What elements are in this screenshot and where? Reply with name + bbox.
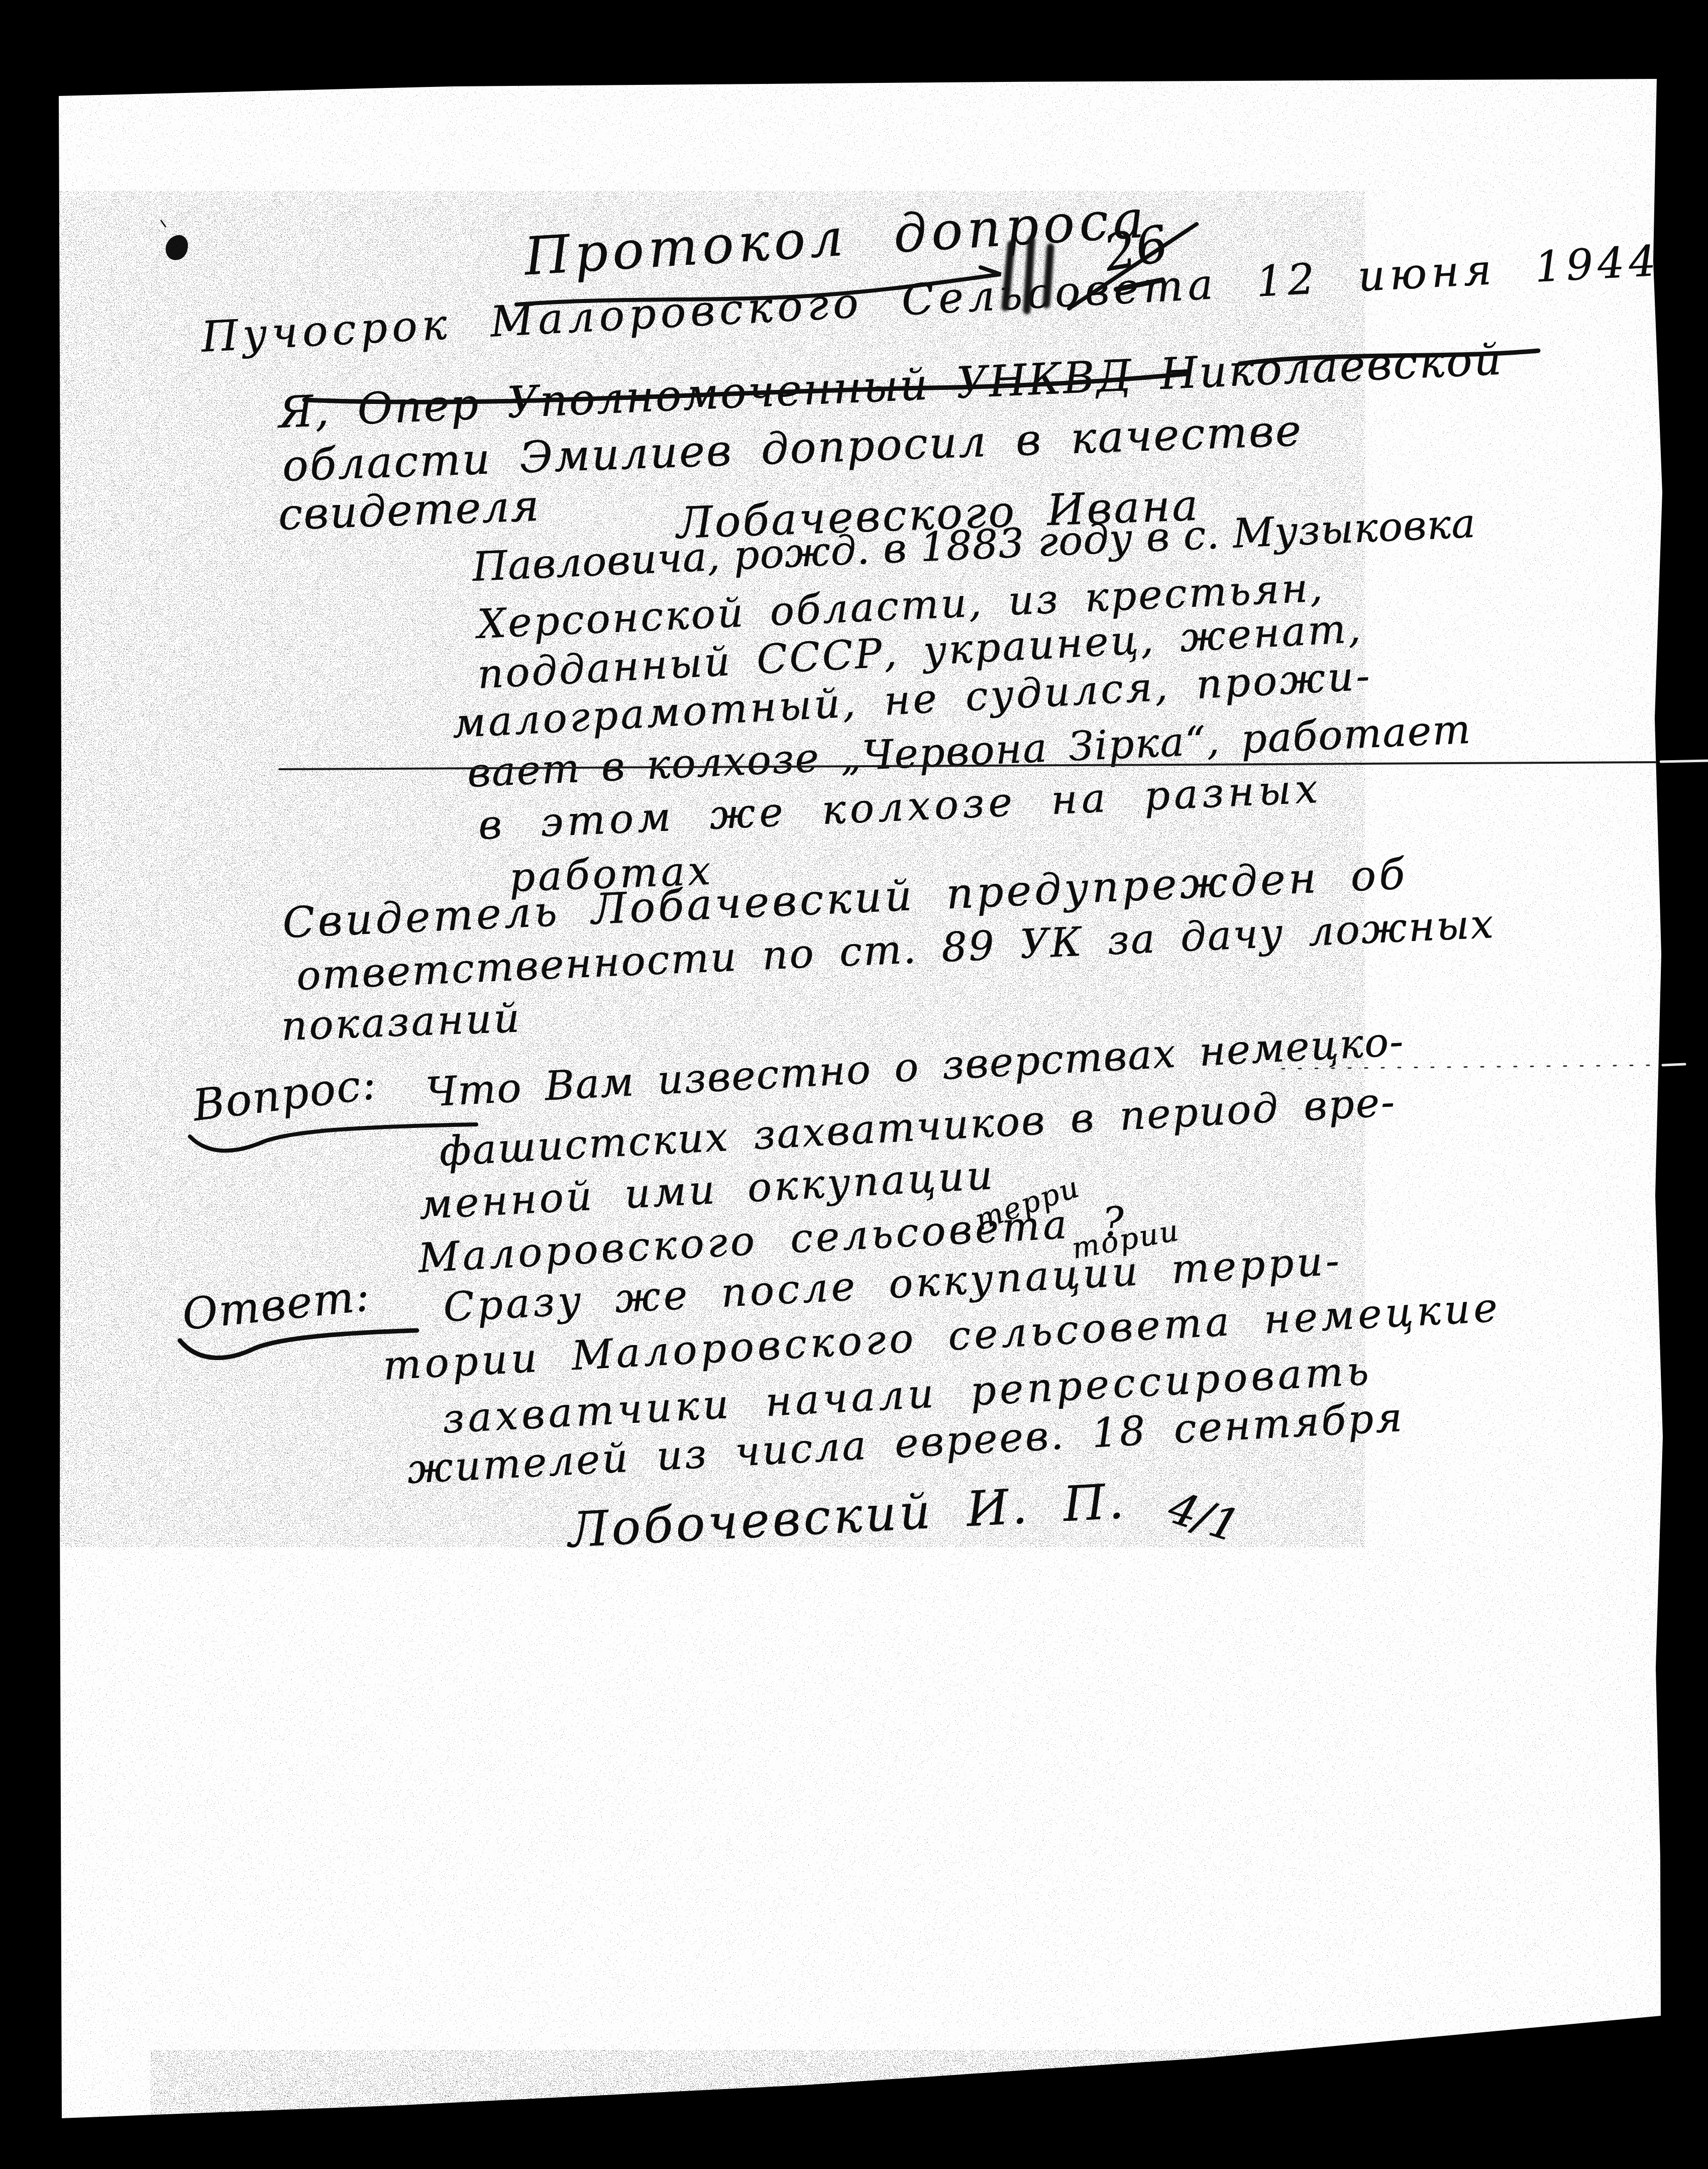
signature: Лобочевский И. П. xyxy=(567,1473,1128,1559)
scanline-white-continuation xyxy=(1661,761,1708,762)
handwritten-line: показаний xyxy=(280,994,522,1050)
handwritten-line: свидетеля xyxy=(277,481,541,540)
question-underline xyxy=(190,1124,476,1151)
ink-blot xyxy=(161,220,187,259)
signature-mark: 4/1 xyxy=(1162,1481,1246,1553)
document-page: Протокол допроса 26 Пучосрок Малоровског… xyxy=(0,0,1708,2169)
question-label: Вопрос: xyxy=(190,1059,380,1131)
answer-label: Ответ: xyxy=(180,1271,373,1340)
scanline-white-dash xyxy=(1663,1064,1685,1065)
scan-background: Протокол допроса 26 Пучосрок Малоровског… xyxy=(0,0,1708,2169)
